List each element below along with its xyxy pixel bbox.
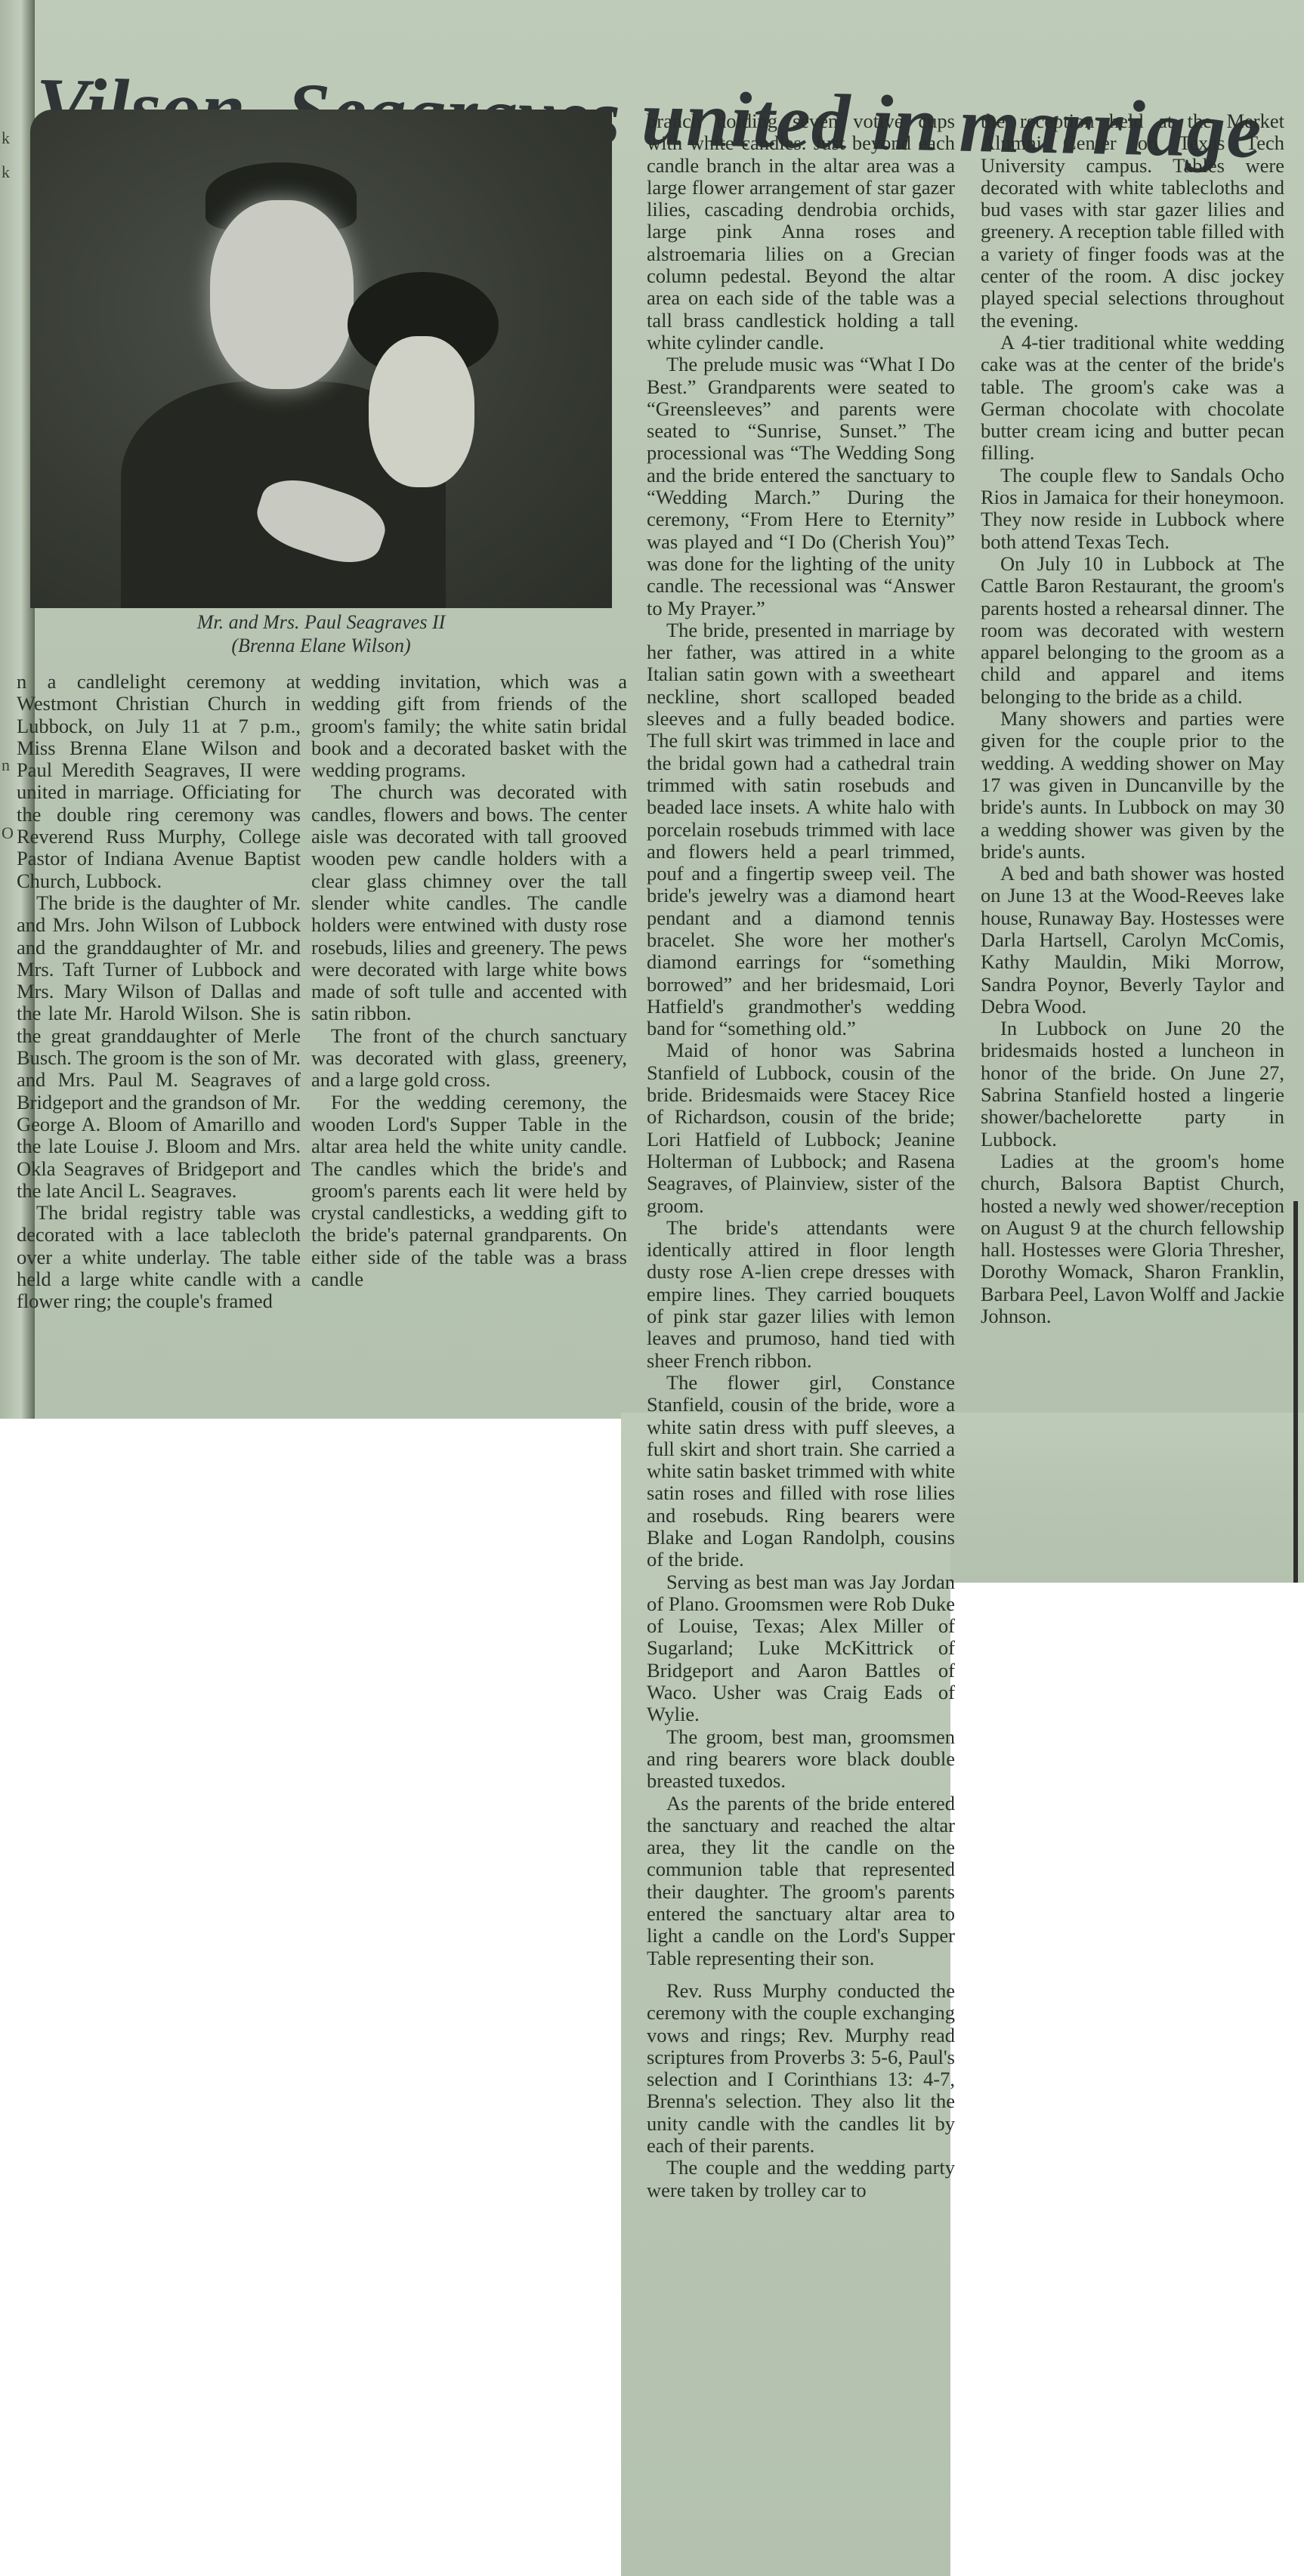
paragraph: The groom, best man, groomsmen and ring … — [647, 1726, 955, 1793]
paragraph: n a candlelight ceremony at Westmont Chr… — [17, 671, 301, 892]
paragraph: The prelude music was “What I Do Best.” … — [647, 354, 955, 619]
paragraph: On July 10 in Lubbock at The Cattle Baro… — [981, 553, 1284, 708]
adjacent-page-fragment: n — [2, 755, 10, 775]
paragraph: A 4-tier traditional white wedding cake … — [981, 332, 1284, 465]
paragraph: For the wedding ceremony, the wooden Lor… — [311, 1092, 627, 1291]
paragraph: The flower girl, Constance Stanfield, co… — [647, 1372, 955, 1571]
photo-figure-bride-face — [369, 336, 474, 487]
paragraph: The church was decorated with candles, f… — [311, 781, 627, 1024]
paragraph: As the parents of the bride entered the … — [647, 1793, 955, 1969]
paragraph: The bridal registry table was decorated … — [17, 1202, 301, 1312]
photo-figure-groom-face — [210, 200, 354, 389]
paragraph: Rev. Russ Murphy conducted the ceremony … — [647, 1980, 955, 2157]
adjacent-page-fragment: O — [2, 823, 14, 843]
paragraph: In Lubbock on June 20 the bridesmaids ho… — [981, 1018, 1284, 1151]
adjacent-page-fragment: k — [2, 128, 10, 148]
paragraph: A bed and bath shower was hosted on June… — [981, 863, 1284, 1018]
caption-line-2: (Brenna Elane Wilson) — [30, 634, 612, 657]
paragraph: The bride's attendants were identically … — [647, 1217, 955, 1372]
article-column-3: branch holding seven votive cups with wh… — [647, 110, 955, 2201]
paragraph: The bride, presented in marriage by her … — [647, 619, 955, 1040]
couple-photo — [30, 110, 612, 608]
paragraph: Serving as best man was Jay Jordan of Pl… — [647, 1571, 955, 1726]
paragraph: The front of the church sanctuary was de… — [311, 1025, 627, 1092]
paragraph: Maid of honor was Sabrina Stanfield of L… — [647, 1039, 955, 1216]
paragraph: wedding invitation, which was a wedding … — [311, 671, 627, 781]
paragraph: Ladies at the groom's home church, Balso… — [981, 1151, 1284, 1327]
paragraph: Many showers and parties were given for … — [981, 708, 1284, 863]
photo-caption: Mr. and Mrs. Paul Seagraves II (Brenna E… — [30, 610, 612, 657]
paragraph: The couple flew to Sandals Ocho Rios in … — [981, 465, 1284, 553]
adjacent-page-fragment: k — [2, 162, 10, 182]
newspaper-page-right-continuation — [950, 1413, 1304, 1583]
caption-line-1: Mr. and Mrs. Paul Seagraves II — [30, 610, 612, 634]
article-column-4: the reception held at the Merket Alumni … — [981, 110, 1284, 1327]
paragraph: The bride is the daughter of Mr. and Mrs… — [17, 892, 301, 1202]
article-column-2: wedding invitation, which was a wedding … — [311, 671, 627, 1290]
paragraph: the reception held at the Merket Alumni … — [981, 110, 1284, 332]
article-column-1: n a candlelight ceremony at Westmont Chr… — [17, 671, 301, 1313]
column-rule — [1293, 1201, 1298, 1583]
paragraph: The couple and the wedding party were ta… — [647, 2157, 955, 2201]
paragraph: branch holding seven votive cups with wh… — [647, 110, 955, 354]
